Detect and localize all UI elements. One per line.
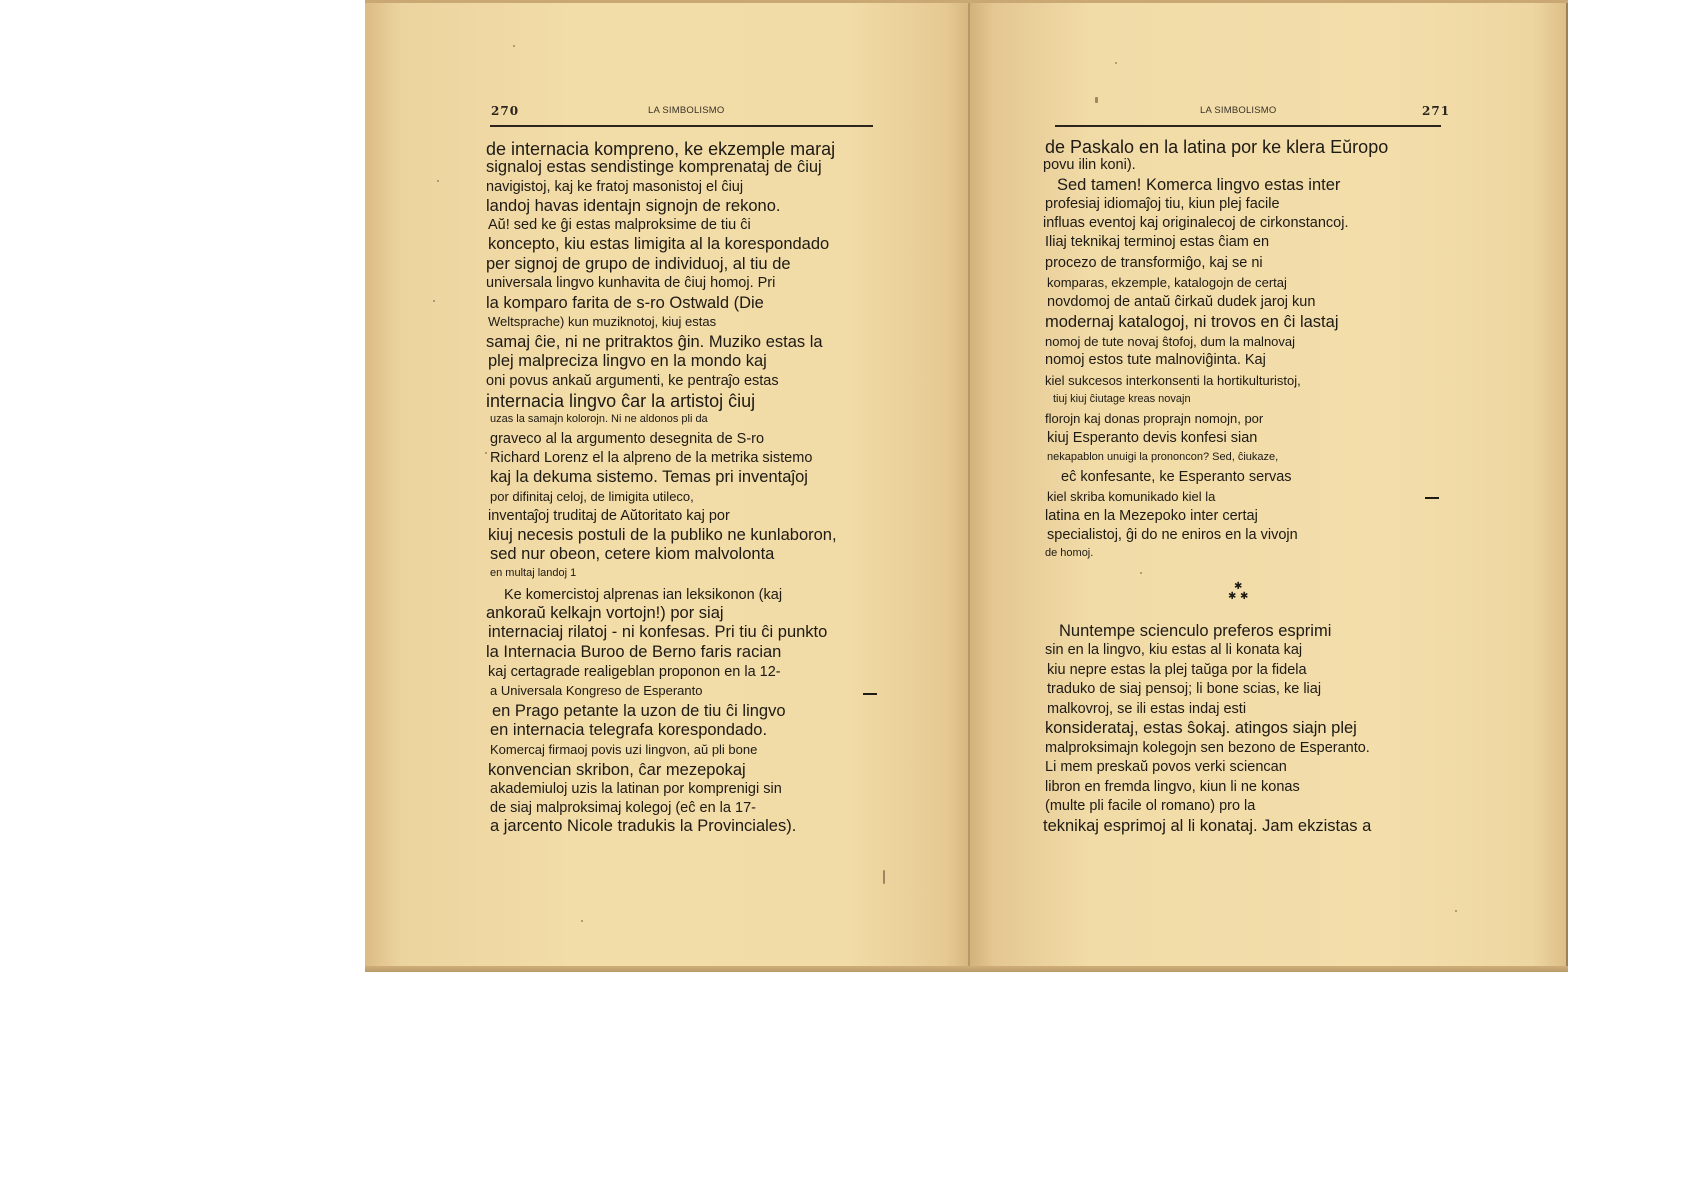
paper-speck bbox=[1115, 62, 1117, 64]
text-line: la komparo farita de s-ro Ostwald (Die bbox=[486, 295, 764, 312]
paper-speck bbox=[485, 452, 487, 454]
text-line: komparas, ekzemple, katalogojn de certaj bbox=[1047, 276, 1287, 289]
text-line: Ke komercistoj alprenas ian leksikonon (… bbox=[504, 588, 782, 603]
text-line: teknikaj esprimoj al li konataj. Jam ekz… bbox=[1043, 818, 1371, 835]
text-line: kaj certagrade realigeblan proponon en l… bbox=[488, 665, 781, 680]
text-line: modernaj katalogoj, ni trovos en ĉi last… bbox=[1045, 314, 1339, 331]
text-line: navigistoj, kaj ke fratoj masonistoj el … bbox=[486, 180, 743, 195]
text-line: Aŭ! sed ke ĝi estas malproksime de tiu ĉ… bbox=[488, 218, 751, 233]
text-line: la Internacia Buroo de Berno faris racia… bbox=[486, 644, 781, 661]
right-page: LA SIMBOLISMO 271 de Paskalo en la latin… bbox=[970, 0, 1568, 972]
text-line: kiu nepre estas la plej taŭga por la fid… bbox=[1047, 663, 1307, 678]
text-line: samaj ĉie, ni ne pritraktos ĝin. Muziko … bbox=[486, 334, 823, 351]
text-line: nekapablon unuigi la prononcon? Sed, ĉiu… bbox=[1047, 452, 1278, 463]
text-line: influas eventoj kaj originalecoj de cirk… bbox=[1043, 216, 1348, 231]
running-head-left: LA SIMBOLISMO bbox=[648, 105, 725, 116]
paper-speck bbox=[1455, 910, 1457, 912]
paper-speck bbox=[433, 300, 435, 302]
text-line: florojn kaj donas proprajn nomojn, por bbox=[1045, 412, 1263, 425]
text-line: kiuj Esperanto devis konfesi sian bbox=[1047, 431, 1257, 446]
text-line: en Prago petante la uzon de tiu ĉi lingv… bbox=[492, 703, 786, 720]
text-line: malkovroj, se ili estas indaj esti bbox=[1047, 702, 1246, 717]
text-line: per signoj de grupo de individuoj, al ti… bbox=[486, 256, 791, 273]
text-line: Komercaj firmaoj povis uzi lingvon, aŭ p… bbox=[490, 743, 757, 756]
header-rule-left bbox=[490, 125, 873, 127]
text-line: povu ilin koni). bbox=[1043, 158, 1136, 173]
text-line: Weltsprache) kun muziknotoj, kiuj estas bbox=[488, 315, 716, 328]
top-page-edge bbox=[365, 0, 1568, 3]
text-line: profesiaj idiomaĵoj tiu, kiun plej facil… bbox=[1045, 197, 1280, 212]
text-line: tiuj kiuj ĉiutage kreas novajn bbox=[1053, 394, 1191, 405]
text-line: (multe pli facile ol romano) pro la bbox=[1045, 799, 1255, 814]
text-line: internacia lingvo ĉar la artistoj ĉiuj bbox=[486, 392, 755, 410]
open-book-spread: 270 LA SIMBOLISMO de internacia kompreno… bbox=[365, 0, 1568, 972]
text-line: konvencian skribon, ĉar mezepokaj bbox=[488, 762, 746, 779]
text-line: traduko de siaj pensoj; li bone scias, k… bbox=[1047, 682, 1321, 697]
text-line: signaloj estas sendistinge komprenataj d… bbox=[486, 159, 822, 176]
text-line: konsiderataj, estas ŝokaj. atingos siajn… bbox=[1045, 720, 1357, 737]
text-line: kiuj necesis postuli de la publiko ne ku… bbox=[488, 527, 837, 544]
running-head-right: LA SIMBOLISMO bbox=[1200, 105, 1277, 116]
text-line: nomoj de tute novaj ŝtofoj, dum la malno… bbox=[1045, 335, 1295, 348]
dash-mark-left bbox=[863, 693, 877, 695]
text-line: de siaj malproksimaj kolegoj (eĉ en la 1… bbox=[490, 801, 756, 816]
text-line: Richard Lorenz el la alpreno de la metri… bbox=[490, 451, 812, 466]
text-line: Sed tamen! Komerca lingvo estas inter bbox=[1057, 177, 1340, 194]
text-line: oni povus ankaŭ argumenti, ke pentraĵo e… bbox=[486, 374, 779, 389]
paper-speck bbox=[1140, 572, 1142, 574]
text-line: inventaĵoj truditaj de Aŭtoritato kaj po… bbox=[488, 509, 730, 524]
paper-speck bbox=[437, 180, 439, 182]
text-line: en internacia telegrafa korespondado. bbox=[490, 722, 767, 739]
text-line: landoj havas identajn signojn de rekono. bbox=[486, 198, 780, 215]
text-line: Iliaj teknikaj terminoj estas ĉiam en bbox=[1045, 235, 1269, 250]
section-break-asterism: ✱ ✱ ✱ bbox=[1228, 581, 1248, 601]
text-line: libron en fremda lingvo, kiun li ne kona… bbox=[1045, 780, 1300, 795]
text-line: internaciaj rilatoj - ni konfesas. Pri t… bbox=[488, 624, 827, 641]
text-line: sin en la lingvo, kiu estas al li konata… bbox=[1045, 643, 1302, 658]
text-line: malproksimajn kolegojn sen bezono de Esp… bbox=[1045, 741, 1370, 756]
text-line: plej malpreciza lingvo en la mondo kaj bbox=[488, 353, 767, 370]
text-line: latina en la Mezepoko inter certaj bbox=[1045, 509, 1258, 524]
text-line: procezo de transformiĝo, kaj se ni bbox=[1045, 256, 1263, 271]
paper-speck bbox=[883, 870, 885, 884]
text-line: kaj la dekuma sistemo. Temas pri inventa… bbox=[490, 469, 808, 486]
text-line: a Universala Kongreso de Esperanto bbox=[490, 684, 702, 697]
text-line: de homoj. bbox=[1045, 548, 1093, 559]
text-line: Li mem preskaŭ povos verki sciencan bbox=[1045, 760, 1287, 775]
text-line: novdomoj de antaŭ ĉirkaŭ dudek jaroj kun bbox=[1047, 295, 1315, 310]
text-line: Nuntempe scienculo preferos esprimi bbox=[1059, 623, 1331, 640]
text-line: ankoraŭ kelkajn vortojn!) por siaj bbox=[486, 605, 724, 622]
dash-mark-right bbox=[1425, 497, 1439, 499]
text-line: universala lingvo kunhavita de ĉiuj homo… bbox=[486, 276, 775, 291]
page-number-left: 270 bbox=[491, 104, 519, 118]
text-line: specialistoj, ĝi do ne eniros en la vivo… bbox=[1047, 528, 1298, 543]
text-line: nomoj estos tute malnoviĝinta. Kaj bbox=[1045, 353, 1266, 368]
text-line: kiel skriba komunikado kiel la bbox=[1047, 490, 1215, 503]
text-line: a jarcento Nicole tradukis la Provincial… bbox=[490, 818, 796, 835]
book-spine bbox=[968, 0, 970, 972]
paper-speck bbox=[581, 920, 583, 922]
text-line: sed nur obeon, cetere kiom malvolonta bbox=[490, 546, 774, 563]
text-line: akademiuloj uzis la latinan por kompreni… bbox=[490, 782, 782, 797]
bottom-page-edge bbox=[365, 966, 1568, 972]
text-line: por difinitaj celoj, de limigita utileco… bbox=[490, 490, 694, 503]
text-line: de Paskalo en la latina por ke klera Eŭr… bbox=[1045, 138, 1388, 156]
left-page: 270 LA SIMBOLISMO de internacia kompreno… bbox=[365, 0, 970, 972]
paper-speck bbox=[513, 45, 515, 47]
header-rule-right bbox=[1055, 125, 1441, 127]
text-line: graveco al la argumento desegnita de S-r… bbox=[490, 432, 764, 447]
text-line: kiel sukcesos interkonsenti la hortikult… bbox=[1045, 374, 1301, 387]
text-line: koncepto, kiu estas limigita al la kores… bbox=[488, 236, 829, 253]
text-line: en multaj landoj 1 bbox=[490, 568, 576, 579]
text-line: eĉ konfesante, ke Esperanto servas bbox=[1061, 470, 1292, 485]
page-number-right: 271 bbox=[1422, 104, 1450, 118]
paper-speck bbox=[1095, 97, 1098, 103]
text-line: uzas la samajn kolorojn. Ni ne aldonos p… bbox=[490, 414, 708, 425]
text-line: de internacia kompreno, ke ekzemple mara… bbox=[486, 140, 835, 158]
